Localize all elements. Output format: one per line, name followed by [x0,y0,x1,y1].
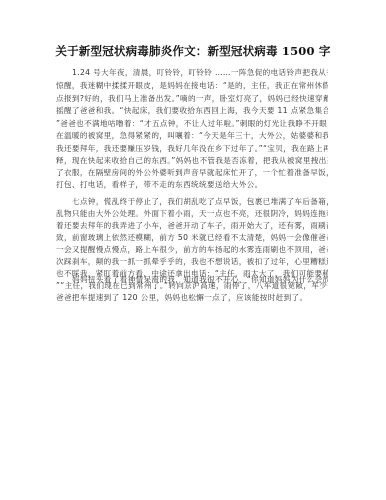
text-line: 点报到?好的，我们马上准备出发。”嘀的一声，卧室灯亮了，妈妈已经快速穿戴好了， [56,94,328,104]
document-page: 关于新型冠状病毒肺炎作文：新型冠状病毒 1500 字 1.24 号大年夜，清晨，… [0,0,386,500]
text-line: 我还要拜年，我还要赚压岁钱，我好几年没在乡下过年了。”“宝贝，我在路上再给你解 [56,144,328,154]
text-line: 着还要去拜年的我弄进了小车，爸爸开动了车子，雨开始大了，还有雾，雨刷都开到了极 [56,221,328,231]
text-line: 妈妈扭头看了看神情呆滞的我，知道我很不开心，“你知道妈妈为什么会放弃过年去支 [72,275,328,285]
text-line: 致，前窗玻璃上依然还模糊，前方 50 米就已经看不太清楚，妈妈一会像催爸爸开快点… [56,233,328,243]
text-line: 1.24 号大年夜，清晨，叮铃铃，叮铃铃 ……一阵急促的电话铃声把我从香甜的睡梦… [72,68,328,78]
text-line: 释，现在快起来收拾自己的东西。”妈妈也不管我是否冻着，把我从被窝里拽出来就套上 [56,156,328,166]
document-title: 关于新型冠状病毒肺炎作文：新型冠状病毒 1500 字 [0,43,386,59]
text-line: 打包、打电话，看样子，带不走的东西统统要送给大外公。 [56,180,328,190]
text-line: ”爸爸也不满地咕噜着：“才五点钟，不让人过年啦。”刺眼的灯光让我睁不开眼，我缩 [56,119,328,129]
text-line: 摇醒了爸爸和我。“快起床，我们要收拾东西回上海，我今天要 11 点紧急集合去武汉… [56,106,328,116]
text-line: 了衣服，在隔壁房间的外公外婆听到声音早就起床忙开了，一个忙着准备早饭，一个忙着 [56,168,328,178]
text-line: 在温暖的被窝里，急得紧紧的，叫嚷着：“今天是年三十，大外公，姑婆婆和我们要聚餐， [56,131,328,141]
text-line: 爸爸把车提速到了 120 公里，妈妈也松懈一点了，应该能按时赶到了。 [56,293,328,303]
text-line: 七点钟，慌乱终于停止了，我们胡乱吃了点早饭，包裹已堆满了车后备箱，满地的杂 [72,197,328,207]
text-line: 次踩刹车，颠的我一抓一抓晕乎乎的，我也不想说话，被扣了过年，心里糟糕透了，妈妈 [56,257,328,267]
text-line: 乱物只能由大外公处理。外面下着小雨，天一点也不亮，还很阴冷，妈妈连拖带拽地把吵 [56,209,328,219]
text-line: 惊醒，我迷糊中揉揉开眼皮，是妈妈在接电话：“是的，主任，我正在常州休假，今天几 [56,81,328,91]
text-line: 一会又提醒慢点慢点，路上车很少，前方的车扬起的水雾连雨刷也不顶用，爸爸只得一次 [56,245,328,255]
